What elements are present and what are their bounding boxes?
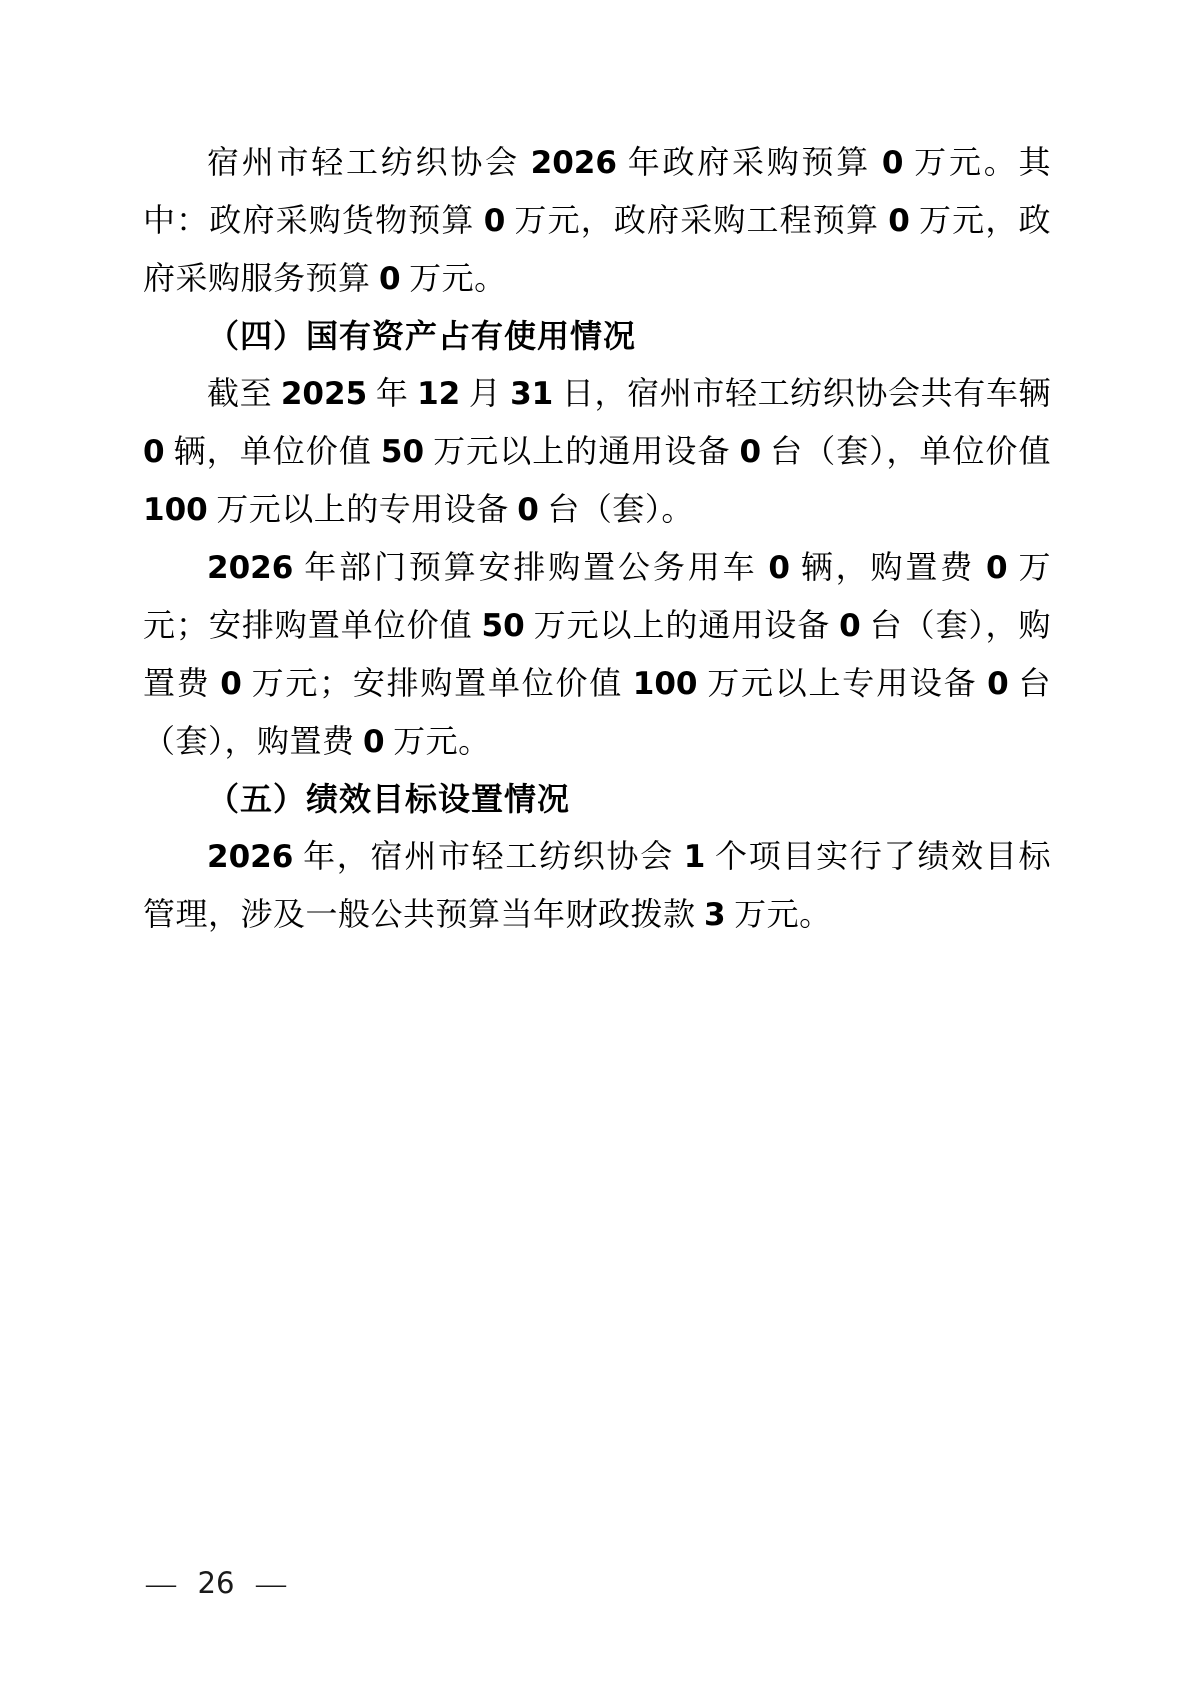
heading-section-5-performance-targets: （五）绩效目标设置情况	[143, 771, 1051, 828]
paragraph-assets-planned: 2026 年部门预算安排购置公务用车 0 辆，购置费 0 万元；安排购置单位价值…	[143, 539, 1051, 771]
paragraph-assets-current: 截至 2025 年 12 月 31 日，宿州市轻工纺织协会共有车辆 0 辆，单位…	[143, 365, 1051, 539]
document-body: 宿州市轻工纺织协会 2026 年政府采购预算 0 万元。其中：政府采购货物预算 …	[143, 134, 1051, 944]
page-number: — 26 —	[146, 1563, 286, 1604]
paragraph-procurement-summary: 宿州市轻工纺织协会 2026 年政府采购预算 0 万元。其中：政府采购货物预算 …	[143, 134, 1051, 308]
heading-section-4-state-assets: （四）国有资产占有使用情况	[143, 308, 1051, 365]
document-page: 宿州市轻工纺织协会 2026 年政府采购预算 0 万元。其中：政府采购货物预算 …	[0, 0, 1190, 1683]
paragraph-performance-targets: 2026 年，宿州市轻工纺织协会 1 个项目实行了绩效目标管理，涉及一般公共预算…	[143, 828, 1051, 944]
